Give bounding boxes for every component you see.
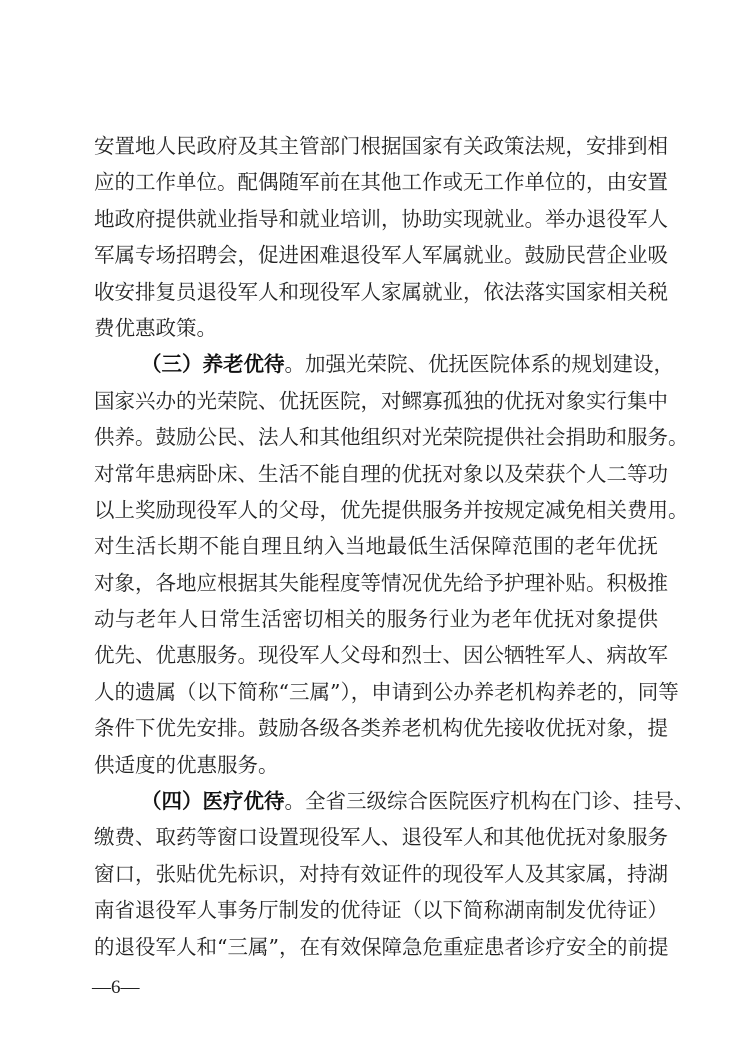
- section-number: （四）: [141, 789, 203, 813]
- text-line: 对象，各地应根据其失能程度等情况优先给予护理补贴。积极推: [94, 565, 658, 601]
- section-lead-text: 。全省三级综合医院医疗机构在门诊、挂号、: [285, 789, 695, 813]
- text-line: 国家兴办的光荣院、优抚医院，对鳏寡孤独的优抚对象实行集中: [94, 383, 658, 419]
- text-line: 安置地人民政府及其主管部门根据国家有关政策法规，安排到相: [94, 128, 658, 164]
- text-line: 窗口，张贴优先标识，对持有效证件的现役军人及其家属，持湖: [94, 856, 658, 892]
- text-line: 收安排复员退役军人和现役军人家属就业，依法落实国家相关税: [94, 274, 658, 310]
- section-heading: 养老优待: [203, 352, 285, 376]
- page-number: —6—: [92, 975, 140, 1001]
- section-heading-line: （三）养老优待。加强光荣院、优抚医院体系的规划建设，: [94, 346, 658, 382]
- text-line: 应的工作单位。配偶随军前在其他工作或无工作单位的，由安置: [94, 164, 658, 200]
- document-body: 安置地人民政府及其主管部门根据国家有关政策法规，安排到相 应的工作单位。配偶随军…: [94, 128, 658, 965]
- text-line: 人的遗属（以下简称“三属”），申请到公办养老机构养老的，同等: [94, 674, 658, 710]
- text-line: 对常年患病卧床、生活不能自理的优抚对象以及荣获个人二等功: [94, 456, 658, 492]
- text-line: 供适度的优惠服务。: [94, 747, 658, 783]
- text-line: 南省退役军人事务厅制发的优待证（以下简称湖南制发优待证）: [94, 892, 658, 928]
- section-heading-line: （四）医疗优待。全省三级综合医院医疗机构在门诊、挂号、: [94, 783, 658, 819]
- text-line: 对生活长期不能自理且纳入当地最低生活保障范围的老年优抚: [94, 528, 658, 564]
- text-line: 以上奖励现役军人的父母，优先提供服务并按规定减免相关费用。: [94, 492, 658, 528]
- section-lead-text: 。加强光荣院、优抚医院体系的规划建设，: [285, 352, 675, 376]
- text-line: 的退役军人和“三属”，在有效保障急危重症患者诊疗安全的前提: [94, 929, 658, 965]
- text-line: 优先、优惠服务。现役军人父母和烈士、因公牺牲军人、病故军: [94, 637, 658, 673]
- text-line: 费优惠政策。: [94, 310, 658, 346]
- section-number: （三）: [141, 352, 203, 376]
- document-page: 安置地人民政府及其主管部门根据国家有关政策法规，安排到相 应的工作单位。配偶随军…: [0, 0, 750, 1060]
- text-line: 动与老年人日常生活密切相关的服务行业为老年优抚对象提供: [94, 601, 658, 637]
- text-line: 供养。鼓励公民、法人和其他组织对光荣院提供社会捐助和服务。: [94, 419, 658, 455]
- text-line: 条件下优先安排。鼓励各级各类养老机构优先接收优抚对象，提: [94, 710, 658, 746]
- section-heading: 医疗优待: [203, 789, 285, 813]
- text-line: 军属专场招聘会，促进困难退役军人军属就业。鼓励民营企业吸: [94, 237, 658, 273]
- text-line: 地政府提供就业指导和就业培训，协助实现就业。举办退役军人: [94, 201, 658, 237]
- text-line: 缴费、取药等窗口设置现役军人、退役军人和其他优抚对象服务: [94, 819, 658, 855]
